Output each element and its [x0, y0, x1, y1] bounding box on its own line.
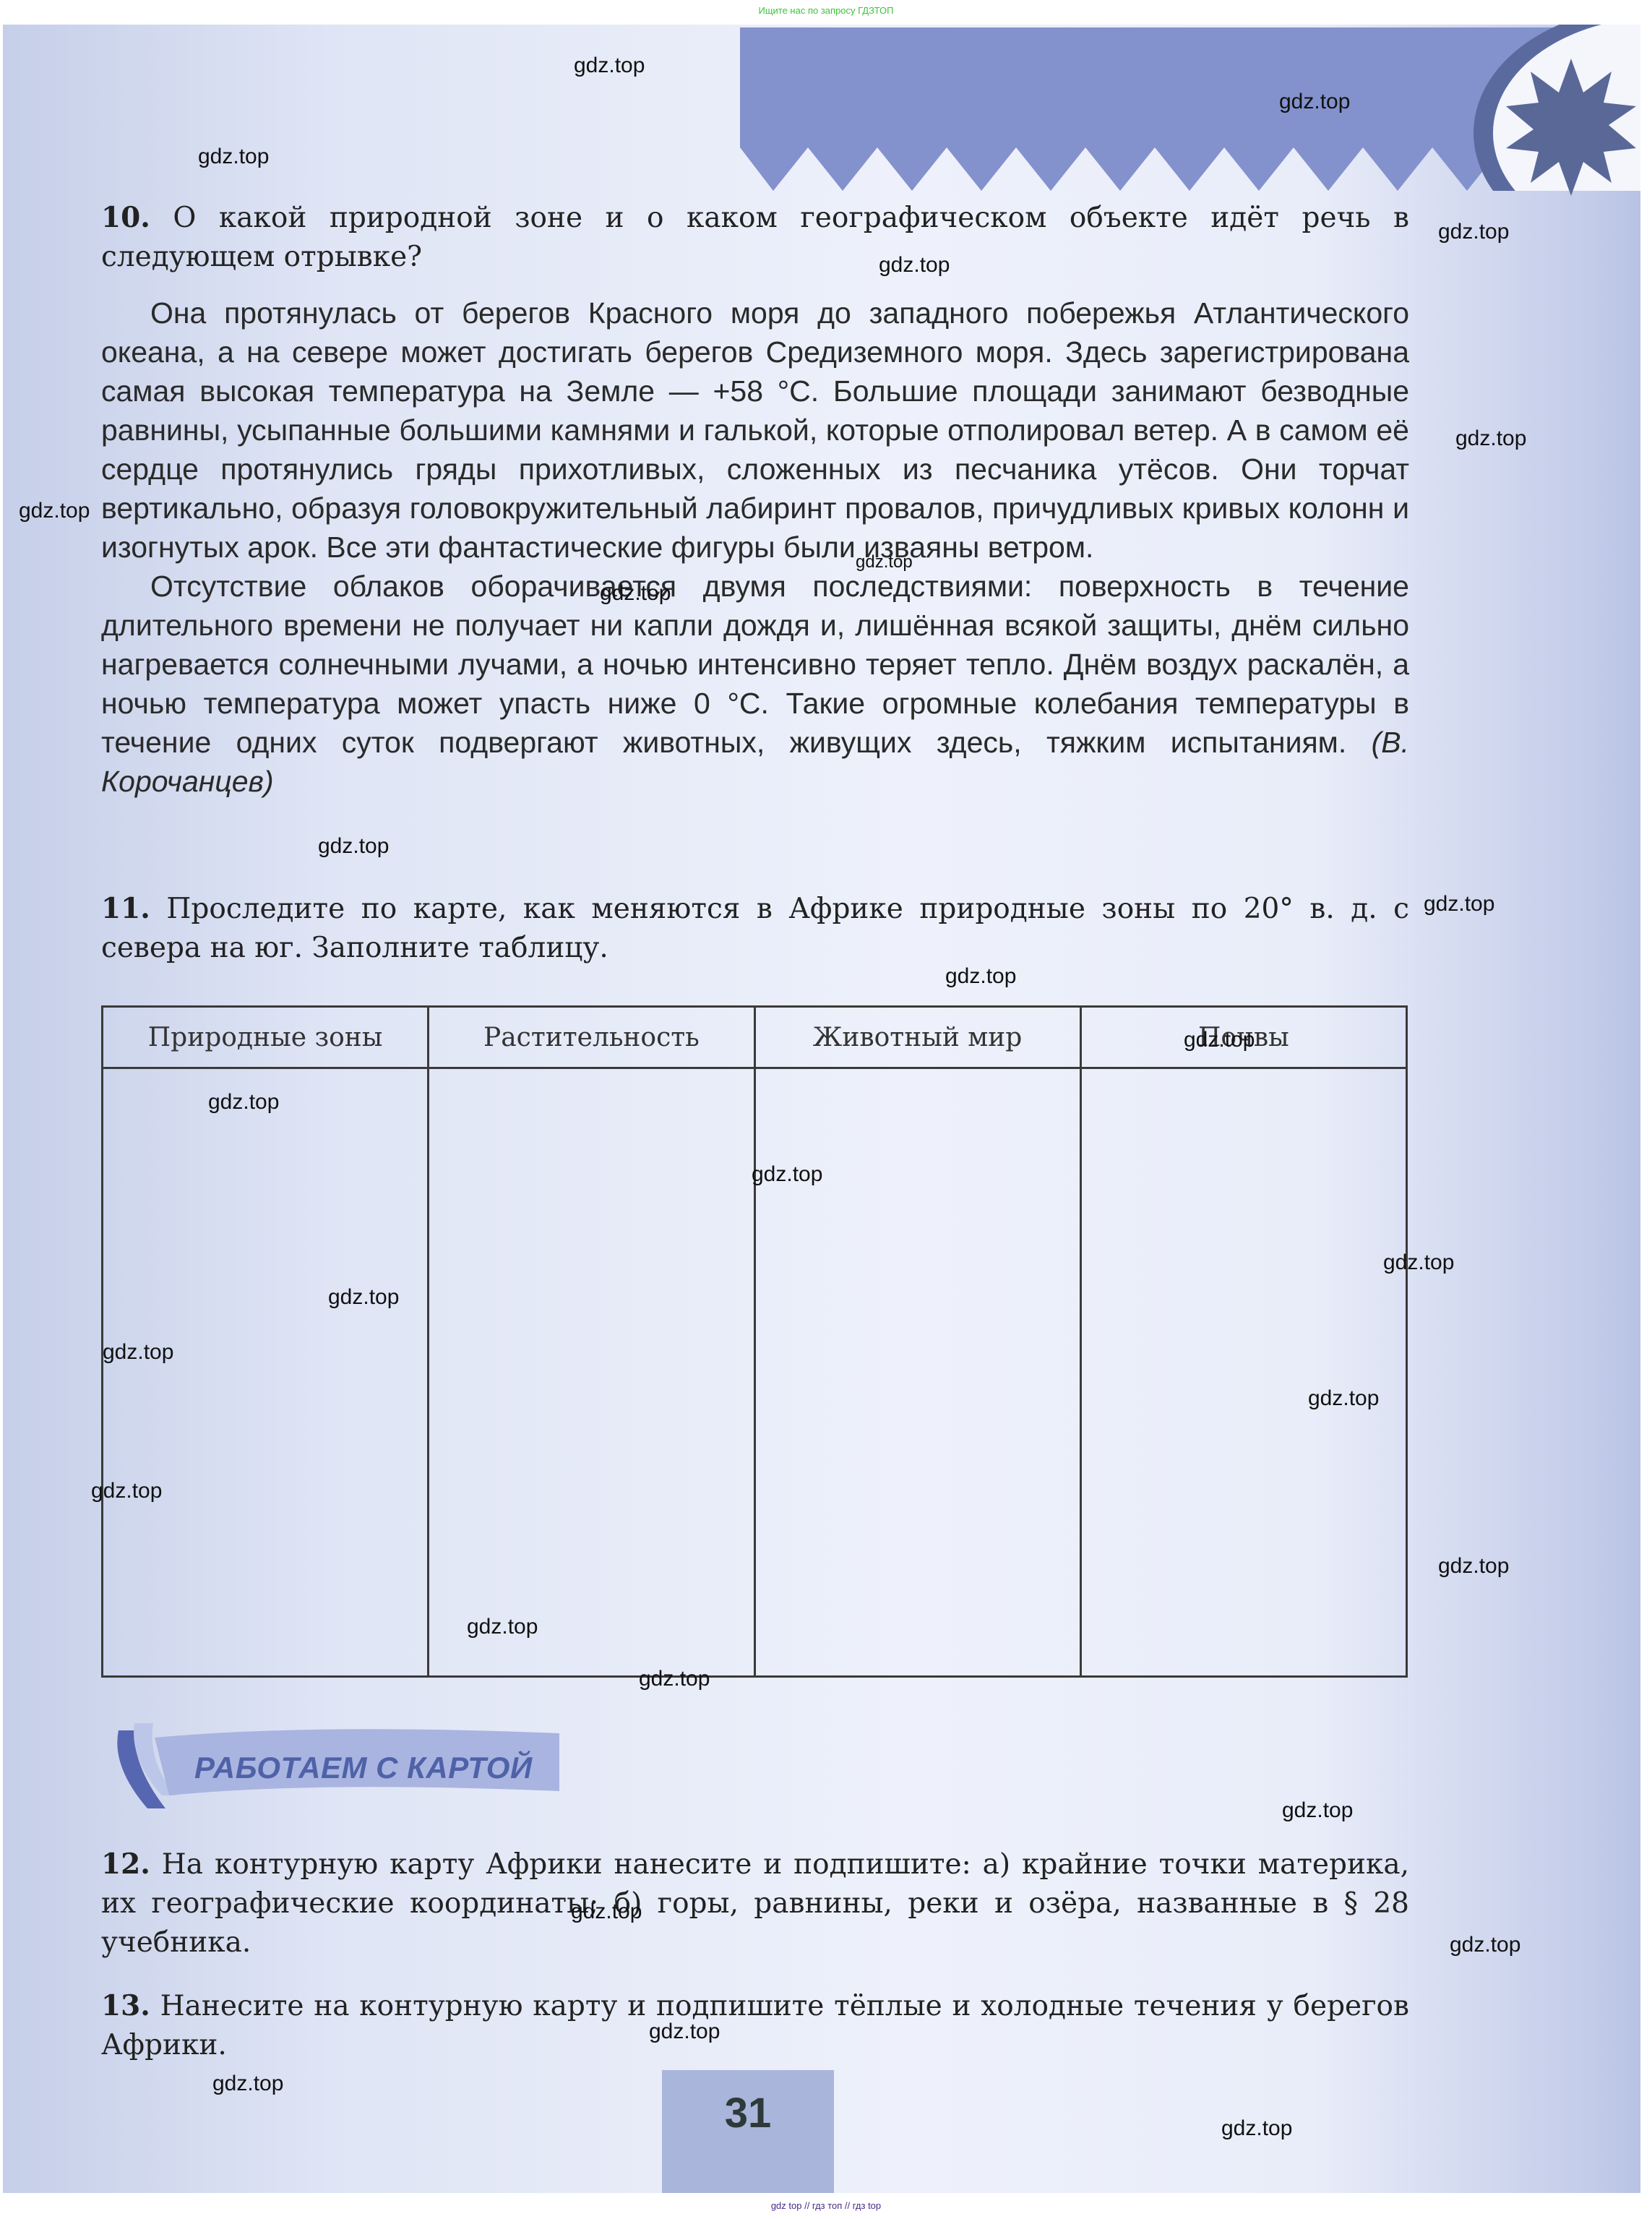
task-number: 12.	[101, 1847, 150, 1881]
excerpt-paragraph: Она протянулась от берегов Красного моря…	[101, 293, 1409, 567]
star-icon	[1499, 55, 1640, 199]
watermark: gdz.top	[945, 964, 1016, 989]
task-number: 13.	[101, 1989, 150, 2022]
natural-zones-table: Природные зоны Растительность Животный м…	[101, 1005, 1408, 1678]
task-number: 10.	[101, 201, 150, 234]
table-row	[103, 1068, 1407, 1677]
watermark: gdz.top	[600, 581, 671, 606]
task-10-question: 10. О какой природной зоне и о каком гео…	[101, 198, 1409, 277]
table-cell-soils[interactable]	[1080, 1068, 1406, 1677]
watermark: gdz.top	[752, 1162, 822, 1187]
watermark: gdz.top	[1438, 1554, 1509, 1579]
watermark: gdz.top	[318, 834, 389, 859]
task-12-question: 12. На контурную карту Африки нанесите и…	[101, 1845, 1409, 1962]
column-header-fauna: Животный мир	[754, 1007, 1080, 1068]
watermark: gdz.top	[198, 145, 269, 169]
task-text: Нанесите на контурную карту и подпишите …	[101, 1990, 1409, 2061]
section-title: РАБОТАЕМ С КАРТОЙ	[194, 1751, 533, 1785]
table-cell-vegetation[interactable]	[429, 1068, 754, 1677]
section-ribbon: РАБОТАЕМ С КАРТОЙ	[97, 1723, 567, 1810]
watermark: gdz.top	[19, 499, 90, 523]
watermark: gdz.top	[208, 1090, 279, 1115]
watermark: gdz.top	[856, 552, 913, 572]
watermark: gdz.top	[1424, 892, 1494, 917]
watermark: gdz.top	[1383, 1250, 1454, 1275]
watermark: gdz.top	[639, 1667, 710, 1691]
column-header-zones: Природные зоны	[103, 1007, 429, 1068]
watermark: gdz.top	[91, 1479, 162, 1503]
table-cell-zones[interactable]	[103, 1068, 429, 1677]
watermark: gdz.top	[1221, 2116, 1292, 2141]
excerpt: Она протянулась от берегов Красного моря…	[101, 293, 1409, 801]
watermark: gdz.top	[467, 1615, 538, 1639]
watermark: gdz.top	[1184, 1028, 1255, 1052]
watermark: gdz.top	[103, 1340, 173, 1365]
task-text: О какой природной зоне и о каком географ…	[101, 202, 1409, 273]
watermark: gdz.top	[574, 53, 645, 78]
top-banner[interactable]: Ищите нас по запросу ГДЗТОП	[0, 0, 1652, 25]
watermark: gdz.top	[1279, 90, 1350, 114]
task-13-question: 13. Нанесите на контурную карту и подпиш…	[101, 1986, 1409, 2065]
watermark: gdz.top	[1438, 220, 1509, 244]
watermark: gdz.top	[1450, 1933, 1520, 1957]
watermark: gdz.top	[879, 253, 950, 278]
bottom-banner[interactable]: gdz top // гдз топ // гдз top	[0, 2193, 1652, 2219]
watermark: gdz.top	[1455, 426, 1526, 451]
watermark: gdz.top	[1282, 1798, 1353, 1823]
task-text: Проследите по карте, как меняются в Афри…	[101, 893, 1409, 964]
header-decoration	[733, 25, 1640, 191]
watermark: gdz.top	[328, 1285, 399, 1310]
page-number: 31	[662, 2070, 834, 2193]
watermark: gdz.top	[1308, 1386, 1379, 1411]
task-text: На контурную карту Африки нанесите и под…	[101, 1848, 1409, 1959]
watermark: gdz.top	[212, 2072, 283, 2096]
watermark: gdz.top	[571, 1900, 642, 1924]
workbook-page: 10. О какой природной зоне и о каком гео…	[3, 25, 1640, 2193]
task-11-question: 11. Проследите по карте, как меняются в …	[101, 889, 1409, 968]
table-cell-fauna[interactable]	[754, 1068, 1080, 1677]
excerpt-paragraph: Отсутствие облаков оборачивается двумя п…	[101, 567, 1409, 801]
column-header-vegetation: Растительность	[429, 1007, 754, 1068]
excerpt-text: Отсутствие облаков оборачивается двумя п…	[101, 570, 1409, 759]
task-number: 11.	[101, 892, 150, 925]
watermark: gdz.top	[649, 2020, 720, 2044]
